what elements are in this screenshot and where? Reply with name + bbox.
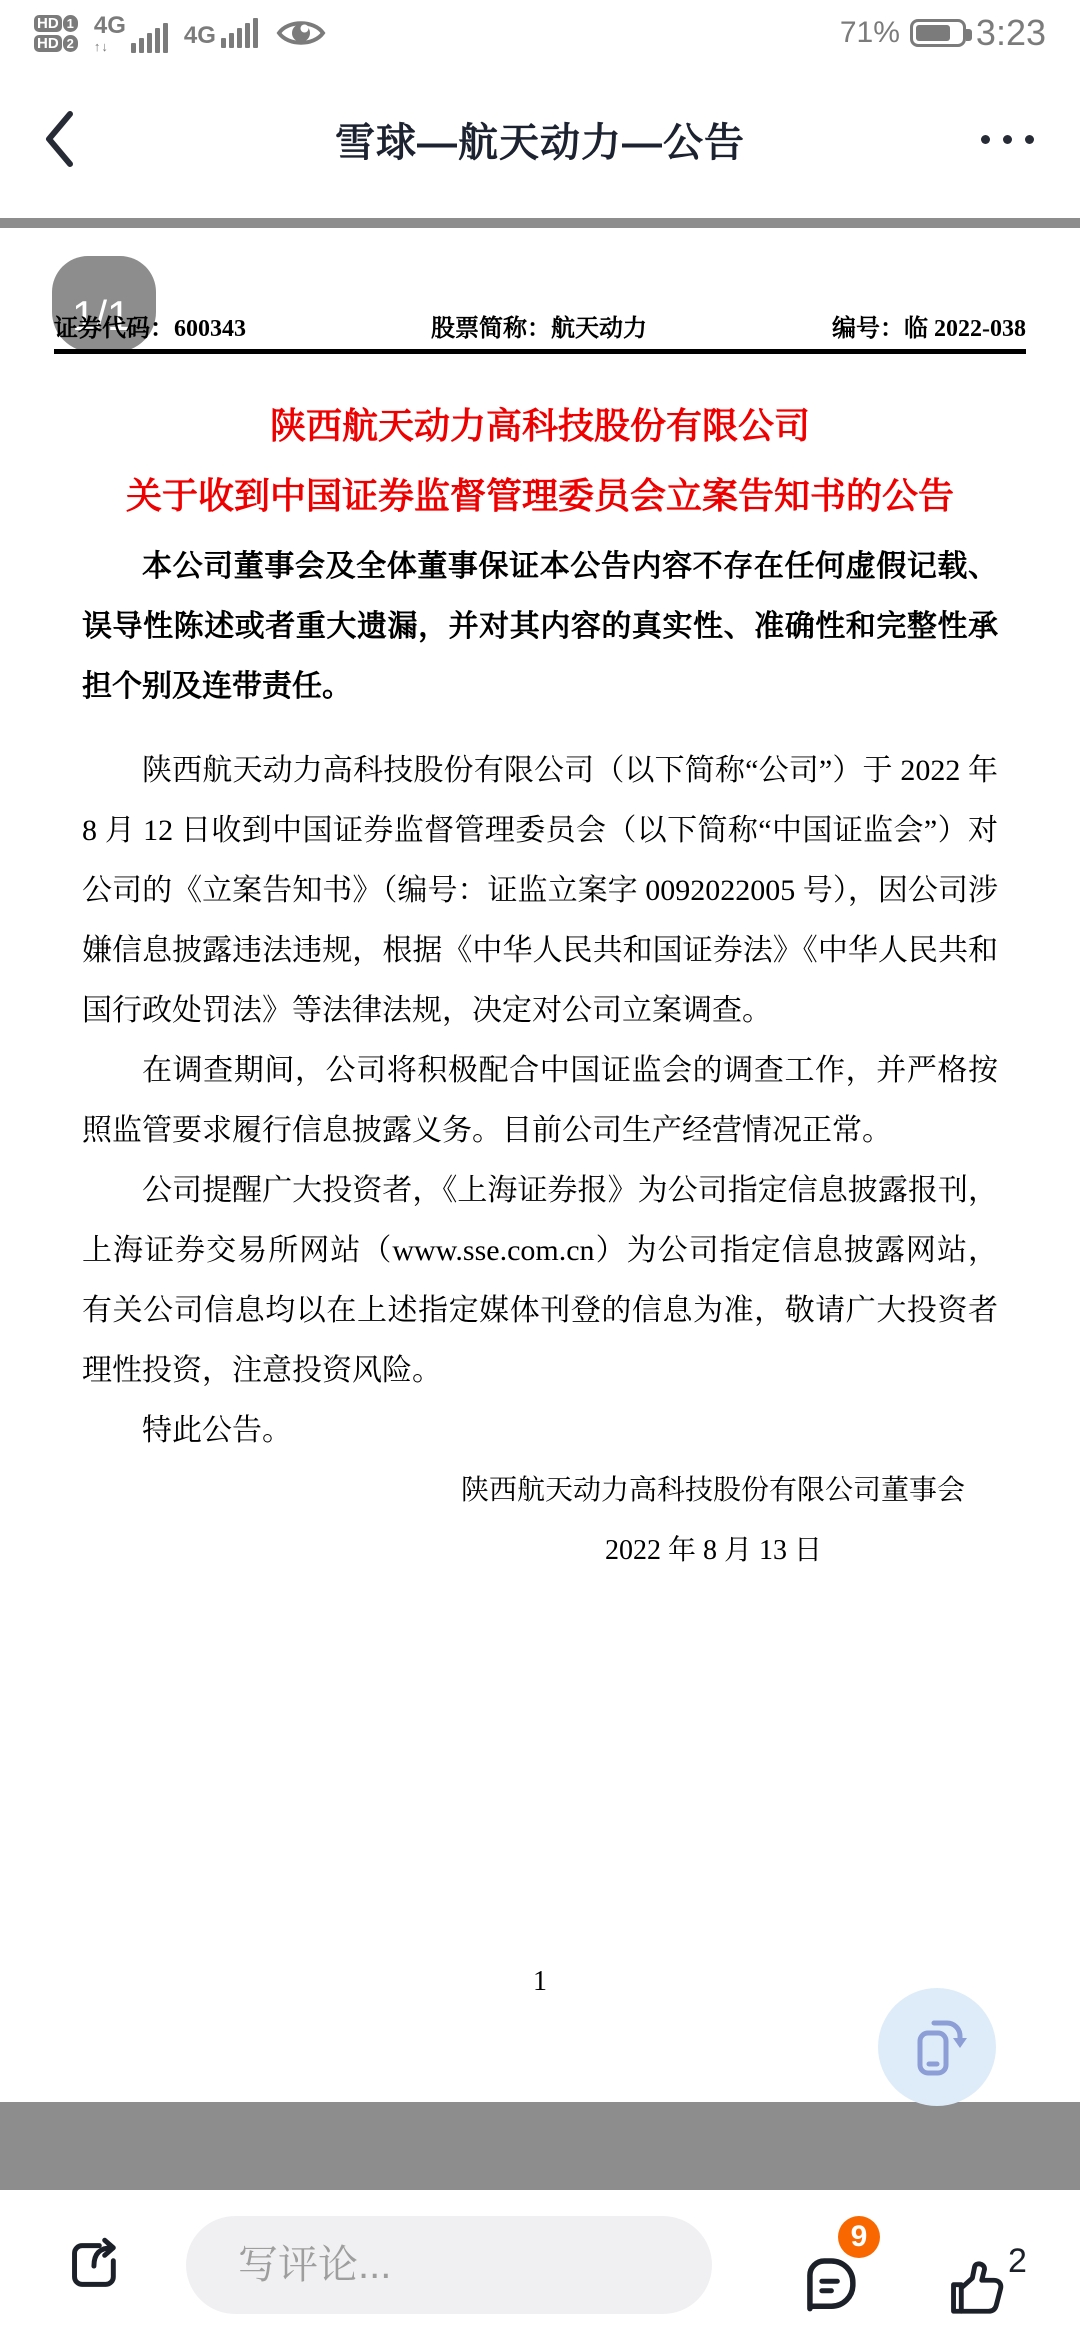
hd2-icon: HD 2 bbox=[34, 35, 78, 52]
sim1-signal-icon: 4G ↑↓ bbox=[94, 14, 168, 53]
sim2-number: 2 bbox=[63, 35, 78, 52]
signal-bars-icon bbox=[221, 18, 258, 48]
document-header-row: 证券代码：600343 股票简称：航天动力 编号：临 2022-038 bbox=[54, 228, 1026, 354]
viewer-background-strip bbox=[0, 2102, 1080, 2190]
document-title-company: 陕西航天动力高科技股份有限公司 bbox=[0, 401, 1080, 451]
rotate-phone-icon bbox=[904, 2015, 970, 2079]
comment-count-badge: 9 bbox=[838, 2216, 880, 2258]
status-left-icons: HD 1 HD 2 4G ↑↓ 4G bbox=[34, 14, 326, 53]
network1-label: 4G bbox=[94, 14, 126, 38]
battery-icon bbox=[910, 19, 966, 47]
ellipsis-icon bbox=[1025, 135, 1034, 144]
stock-code: 证券代码：600343 bbox=[54, 308, 246, 343]
sim2-signal-icon: 4G bbox=[184, 18, 258, 48]
data-arrows-icon: ↑↓ bbox=[94, 40, 109, 53]
like-button[interactable]: 2 bbox=[944, 2216, 1044, 2314]
status-right: 71% 3:23 bbox=[840, 12, 1046, 54]
document-title-subject: 关于收到中国证券监督管理委员会立案告知书的公告 bbox=[0, 471, 1080, 521]
pdf-page[interactable]: 1/1 证券代码：600343 股票简称：航天动力 编号：临 2022-038 … bbox=[0, 228, 1080, 2102]
back-button[interactable] bbox=[40, 99, 110, 179]
status-time: 3:23 bbox=[976, 12, 1046, 54]
bottom-action-bar: 9 2 bbox=[0, 2190, 1080, 2340]
closing-line: 特此公告。 bbox=[82, 1401, 998, 1461]
comment-input[interactable] bbox=[238, 2243, 672, 2288]
announcement-number: 编号：临 2022-038 bbox=[832, 308, 1026, 343]
signature-line: 陕西航天动力高科技股份有限公司董事会 bbox=[0, 1461, 1080, 1521]
page-title: 雪球—航天动力—公告 bbox=[0, 111, 1080, 168]
sim1-number: 1 bbox=[63, 15, 78, 32]
body-paragraph: 陕西航天动力高科技股份有限公司（以下简称“公司”）于 2022 年 8 月 12… bbox=[82, 741, 998, 1041]
ellipsis-icon bbox=[981, 135, 990, 144]
body-paragraph: 公司提醒广大投资者，《上海证券报》为公司指定信息披露报刊，上海证券交易所网站（w… bbox=[82, 1161, 998, 1401]
hd-label: HD bbox=[34, 15, 62, 32]
nav-bar: 雪球—航天动力—公告 bbox=[0, 60, 1080, 218]
stock-name: 股票简称：航天动力 bbox=[431, 308, 647, 343]
viewer-background-strip bbox=[0, 218, 1080, 228]
ellipsis-icon bbox=[1003, 135, 1012, 144]
date-line: 2022 年 8 月 13 日 bbox=[0, 1521, 1080, 1581]
signal-bars-icon bbox=[131, 23, 168, 53]
battery-percent: 71% bbox=[840, 16, 900, 50]
eye-protection-icon bbox=[276, 15, 326, 51]
body-paragraph: 在调查期间，公司将积极配合中国证监会的调查工作，并严格按照监管要求履行信息披露义… bbox=[82, 1041, 998, 1161]
hd-label: HD bbox=[34, 35, 62, 52]
status-bar: HD 1 HD 2 4G ↑↓ 4G bbox=[0, 0, 1080, 60]
hd-volte-icons: HD 1 HD 2 bbox=[34, 15, 78, 52]
comment-input-pill[interactable] bbox=[186, 2216, 712, 2314]
comments-button[interactable]: 9 bbox=[796, 2216, 880, 2314]
hd1-icon: HD 1 bbox=[34, 15, 78, 32]
screen: HD 1 HD 2 4G ↑↓ 4G bbox=[0, 0, 1080, 2340]
network2-label: 4G bbox=[184, 24, 216, 48]
more-options-button[interactable] bbox=[975, 115, 1040, 164]
like-count: 2 bbox=[1008, 2242, 1027, 2281]
share-button[interactable] bbox=[66, 2236, 124, 2294]
rotate-screen-button[interactable] bbox=[878, 1988, 996, 2106]
back-chevron-icon bbox=[40, 108, 78, 170]
share-icon bbox=[67, 2237, 123, 2293]
board-declaration: 本公司董事会及全体董事保证本公告内容不存在任何虚假记载、误导性陈述或者重大遗漏，… bbox=[82, 537, 998, 717]
